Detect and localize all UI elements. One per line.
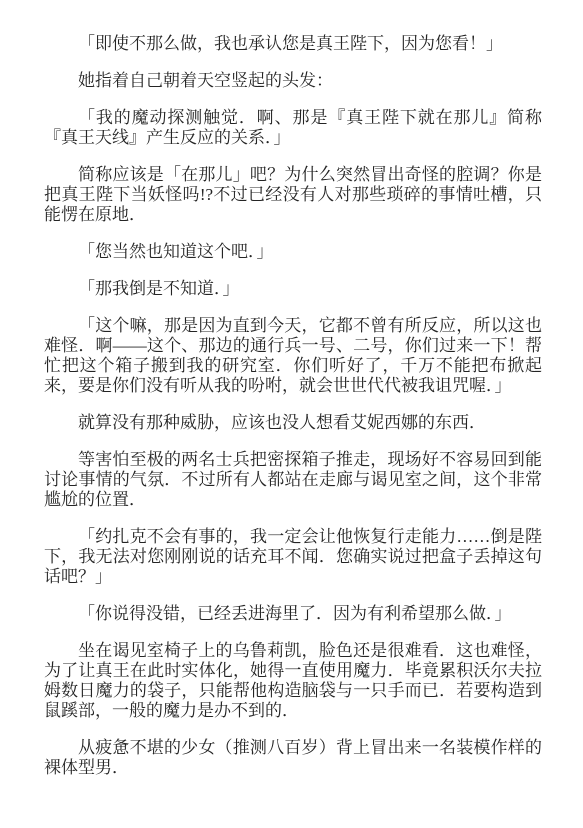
paragraph-narration: 从疲惫不堪的少女（推测八百岁）背上冒出来一名装模作样的裸体型男． [44, 738, 542, 778]
paragraph-narration: 她指着自己朝着天空竖起的头发： [44, 71, 542, 91]
paragraph-dialogue: 「我的魔动探测触觉．啊、那是『真王陛下就在那儿』简称『真王天线』产生反应的关系．… [44, 108, 542, 148]
paragraph-narration: 等害怕至极的两名士兵把密探箱子推走，现场好不容易回到能讨论事情的气氛．不过所有人… [44, 450, 542, 510]
paragraph-dialogue: 「你说得没错，已经丢进海里了．因为有利希望那么做．」 [44, 604, 542, 624]
paragraph-dialogue: 「即使不那么做，我也承认您是真王陛下，因为您看！」 [44, 34, 542, 54]
paragraph-narration: 坐在谒见室椅子上的乌鲁莉凯，脸色还是很难看．这也难怪，为了让真王在此时实体化，她… [44, 641, 542, 721]
paragraph-dialogue: 「那我倒是不知道．」 [44, 279, 542, 299]
paragraph-narration: 就算没有那种威胁，应该也没人想看艾妮西娜的东西． [44, 413, 542, 433]
paragraph-narration: 简称应该是「在那儿」吧？为什么突然冒出奇怪的腔调？你是把真王陛下当妖怪吗!?不过… [44, 165, 542, 225]
paragraph-dialogue: 「您当然也知道这个吧．」 [44, 242, 542, 262]
paragraph-dialogue: 「约扎克不会有事的，我一定会让他恢复行走能力……倒是陛下，我无法对您刚刚说的话充… [44, 527, 542, 587]
book-page: 「即使不那么做，我也承认您是真王陛下，因为您看！」 她指着自己朝着天空竖起的头发… [0, 0, 583, 828]
paragraph-dialogue: 「这个嘛，那是因为直到今天，它都不曾有所反应，所以这也难怪．啊——这个、那边的通… [44, 316, 542, 396]
